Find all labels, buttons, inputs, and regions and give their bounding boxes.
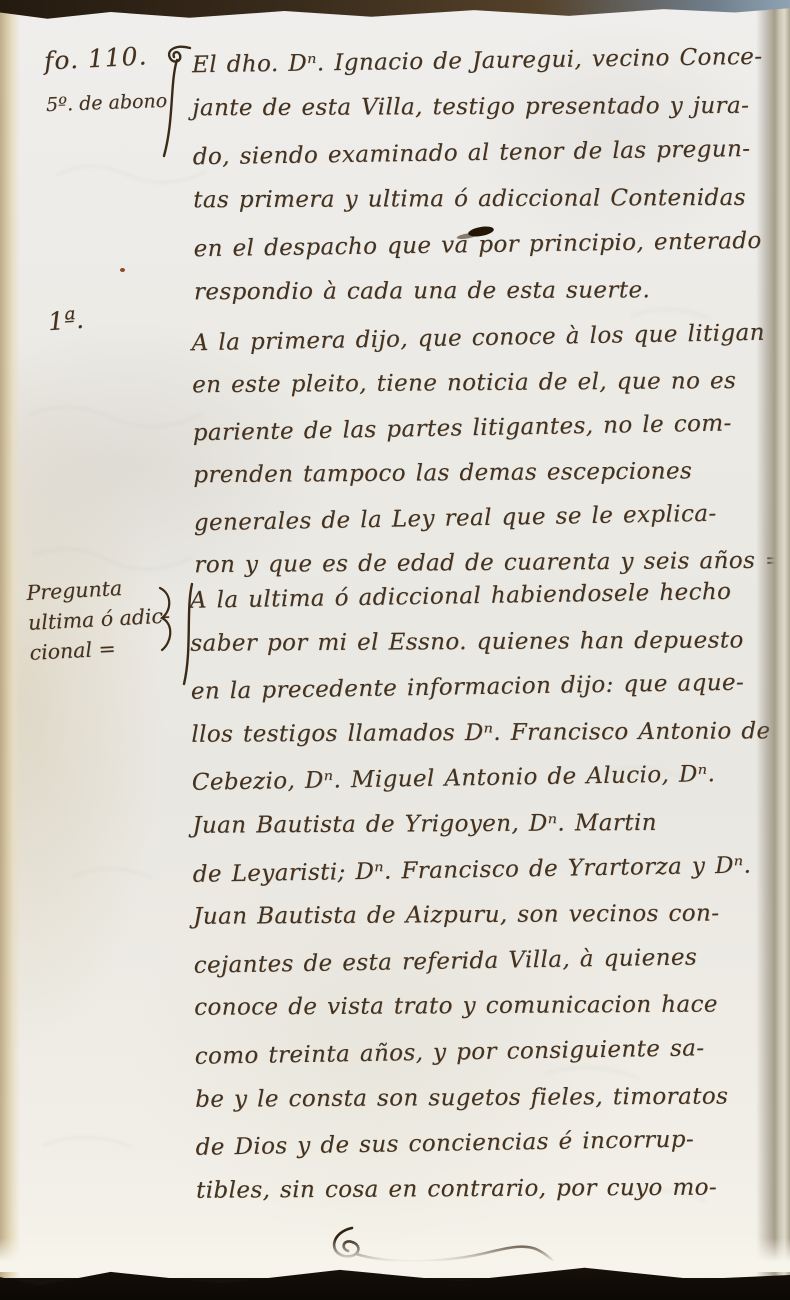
page-binding-edge-right: [756, 0, 790, 1300]
margin-last-question-note: Pregunta ultima ó adic- cional =: [26, 570, 181, 668]
manuscript-line: cejantes de esta referida Villa, à quien…: [193, 934, 769, 989]
paper-deckle-edge-left: [0, 8, 20, 1278]
margin-folio-number: fo. 110.: [43, 41, 148, 75]
manuscript-line: prenden tampoco las demas escepciones: [193, 449, 768, 499]
manuscript-line: A la primera dijo, que conoce à los que …: [191, 311, 767, 367]
manuscript-line: do, siendo examinado al tenor de las pre…: [192, 126, 768, 181]
manuscript-line: de Leyaristi; Dⁿ. Francisco de Yrartorza…: [192, 843, 768, 898]
manuscript-line: llos testigos llamados Dⁿ. Francisco Ant…: [191, 709, 766, 758]
manuscript-line: como treinta años, y por consiguiente sa…: [194, 1025, 770, 1080]
manuscript-line: jante de esta Villa, testigo presentado …: [192, 83, 767, 132]
manuscript-line: El dho. Dⁿ. Ignacio de Jauregui, vecino …: [192, 34, 768, 89]
margin-first-question-mark: 1ª.: [47, 305, 85, 336]
manuscript-line: be y le consta son sugetos fieles, timor…: [195, 1074, 770, 1123]
manuscript-line: respondio à cada una de esta suerte.: [194, 267, 769, 316]
manuscript-line: tas primera y ultima ó adiccional Conten…: [193, 175, 768, 224]
paragraph-testigo-intro: El dho. Dⁿ. Ignacio de Jauregui, vecino …: [192, 35, 769, 316]
manuscript-line: en la precedente informacion dijo: que a…: [191, 660, 767, 715]
scanned-page: fo. 110. 5º. de abono 1ª. Pregunta ultim…: [0, 0, 790, 1300]
paragraph-respuesta-primera: A la primera dijo, que conoce à los que …: [191, 312, 769, 589]
manuscript-line: generales de la Ley real que se le expli…: [193, 491, 769, 547]
manuscript-line: Cebezio, Dⁿ. Miguel Antonio de Alucio, D…: [191, 752, 767, 807]
margin-abono-note: 5º. de abono: [46, 90, 168, 116]
manuscript-line: saber por mi el Essno. quienes han depue…: [190, 618, 765, 667]
manuscript-line: Juan Bautista de Aizpuru, son vecinos co…: [193, 891, 768, 940]
paragraph-respuesta-ultima: A la ultima ó adiccional habiendosele he…: [190, 571, 772, 1215]
manuscript-line: de Dios y de sus conciencias é incorrup-: [195, 1116, 771, 1171]
ink-speck: [120, 268, 125, 272]
paper: fo. 110. 5º. de abono 1ª. Pregunta ultim…: [0, 8, 790, 1278]
manuscript-line: Juan Bautista de Yrigoyen, Dⁿ. Martin: [192, 800, 767, 849]
manuscript-line: A la ultima ó adiccional habiendosele he…: [190, 569, 766, 624]
manuscript-line: en este pleito, tiene noticia de el, que…: [192, 359, 767, 409]
manuscript-line: tibles, sin cosa en contrario, por cuyo …: [196, 1165, 771, 1214]
manuscript-line: pariente de las partes litigantes, no le…: [192, 401, 768, 457]
manuscript-line: conoce de vista trato y comunicacion hac…: [194, 983, 769, 1032]
